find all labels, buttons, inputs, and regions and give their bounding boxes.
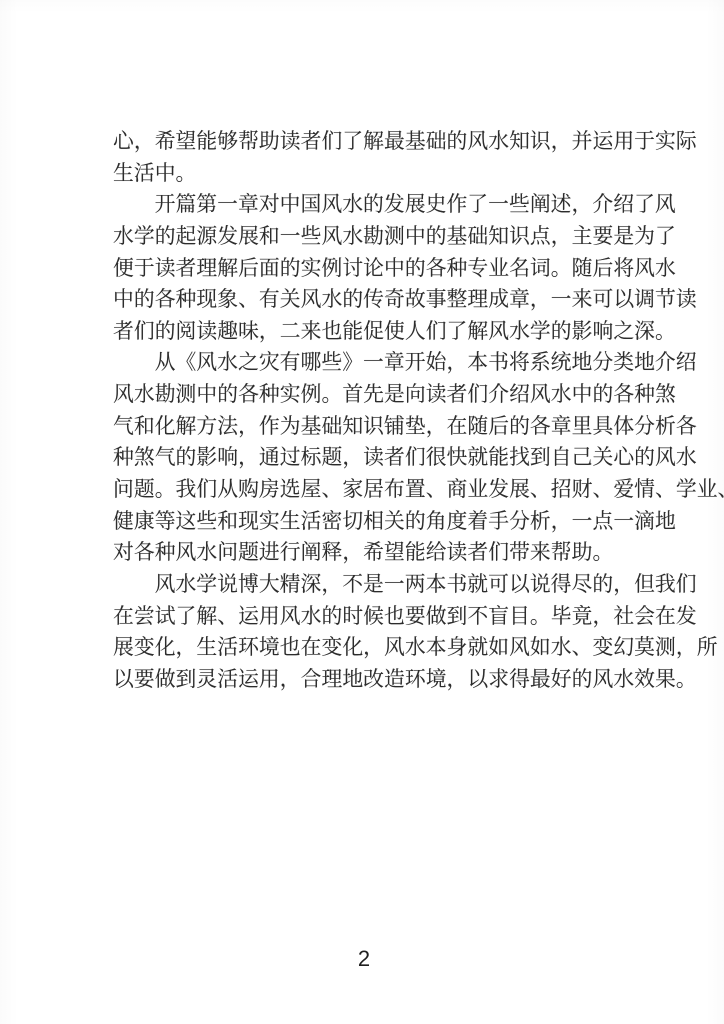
page-text-block: 心，希望能够帮助读者们了解最基础的风水知识，并运用于实际生活中。开篇第一章对中国… <box>113 126 615 696</box>
page-number: 2 <box>113 946 615 972</box>
text-line: 水学的起源发展和一些风水勘测中的基础知识点，主要是为了 <box>113 221 615 253</box>
text-line: 心，希望能够帮助读者们了解最基础的风水知识，并运用于实际 <box>113 126 615 158</box>
text-line: 开篇第一章对中国风水的发展史作了一些阐述，介绍了风 <box>113 189 615 221</box>
text-line: 展变化，生活环境也在变化，风水本身就如风如水、变幻莫测，所 <box>113 632 615 664</box>
text-line: 问题。我们从购房选屋、家居布置、商业发展、招财、爱情、学业、 <box>113 474 615 506</box>
book-page: 心，希望能够帮助读者们了解最基础的风水知识，并运用于实际生活中。开篇第一章对中国… <box>0 0 724 1024</box>
text-line: 健康等这些和现实生活密切相关的角度着手分析，一点一滴地 <box>113 506 615 538</box>
text-line: 生活中。 <box>113 158 615 190</box>
text-line: 风水勘测中的各种实例。首先是向读者们介绍风水中的各种煞 <box>113 379 615 411</box>
text-line: 从《风水之灾有哪些》一章开始，本书将系统地分类地介绍 <box>113 347 615 379</box>
text-line: 便于读者理解后面的实例讨论中的各种专业名词。随后将风水 <box>113 253 615 285</box>
text-line: 气和化解方法，作为基础知识铺垫，在随后的各章里具体分析各 <box>113 411 615 443</box>
text-line: 中的各种现象、有关风水的传奇故事整理成章，一来可以调节读 <box>113 284 615 316</box>
text-line: 风水学说博大精深，不是一两本书就可以说得尽的，但我们 <box>113 569 615 601</box>
text-line: 在尝试了解、运用风水的时候也要做到不盲目。毕竟，社会在发 <box>113 601 615 633</box>
text-line: 以要做到灵活运用，合理地改造环境，以求得最好的风水效果。 <box>113 664 615 696</box>
text-line: 对各种风水问题进行阐释，希望能给读者们带来帮助。 <box>113 537 615 569</box>
text-line: 种煞气的影响，通过标题，读者们很快就能找到自己关心的风水 <box>113 442 615 474</box>
text-line: 者们的阅读趣味，二来也能促使人们了解风水学的影响之深。 <box>113 316 615 348</box>
